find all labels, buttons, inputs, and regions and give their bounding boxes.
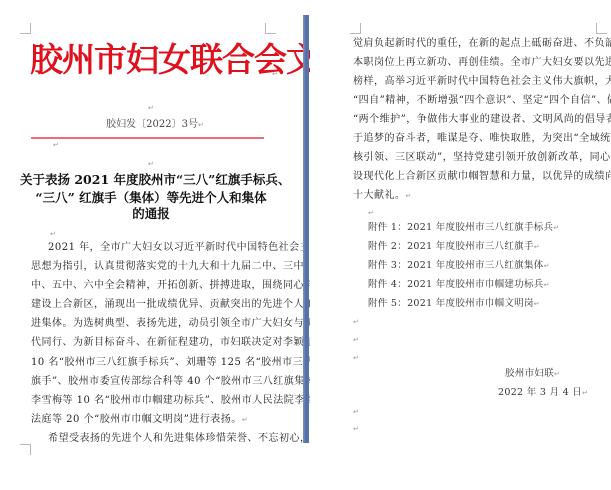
annex-item-1: 附件 1：2021 年度胶州市三八红旗手标兵↵ bbox=[368, 222, 560, 234]
document-title-line-2: “三八” 红旗手（集体）等先进个人和集体 bbox=[20, 190, 282, 206]
body-line: 思想为指引，认真贯彻落实党的十九大和十九届二中、三中、四 bbox=[31, 261, 325, 273]
body-line: “四自”精神，不断增强“四个意识”、坚定“四个自信”、做到 bbox=[353, 95, 611, 107]
page-corner-mark bbox=[20, 23, 31, 34]
annex-item-3: 附件 3：2021 年度胶州市三八红旗集体↵ bbox=[368, 260, 550, 272]
paragraph-mark: ↵ bbox=[582, 389, 588, 397]
paragraph-mark: ↵ bbox=[406, 192, 412, 200]
page-corner-mark bbox=[350, 23, 361, 34]
page-corner-mark bbox=[265, 23, 276, 34]
paragraph-mark: ↵ bbox=[353, 318, 359, 326]
paragraph-mark: ↵ bbox=[534, 300, 540, 308]
paragraph-mark: ↵ bbox=[272, 70, 278, 78]
paragraph-mark: ↵ bbox=[148, 104, 154, 112]
paragraph-mark: ↵ bbox=[353, 425, 359, 433]
document-number-text: 胶妇发〔2022〕3号 bbox=[106, 119, 198, 130]
body-line: 李雪梅等 10 名“胶州市巾帼建功标兵”、胶州市人民法院李哥庄 bbox=[31, 395, 326, 407]
paragraph-mark: ↵ bbox=[544, 281, 550, 289]
document-title-line-1: 关于表扬 2021 年度胶州市“三八”红旗手标兵、 bbox=[20, 172, 282, 188]
body-line: 核引领、三区联动”，坚持党建引领开放创新改革，同心同向建 bbox=[353, 152, 611, 164]
body-line: “两个维护”，争做伟大事业的建设者、文明风尚的倡导者、敢 bbox=[353, 114, 611, 126]
paragraph-mark: ↵ bbox=[50, 230, 56, 238]
body-line: 觉肩负起新时代的重任，在新的起点上砥砺奋进、不负韶华，在 bbox=[353, 38, 611, 50]
signature-organization: 胶州市妇联↵ bbox=[505, 368, 560, 380]
paragraph-mark: ↵ bbox=[242, 416, 248, 424]
document-number: 胶妇发〔2022〕3号↵ bbox=[20, 115, 290, 130]
body-line: 榜样，高举习近平新时代中国特色社会主义伟大旗帜，大力弘扬 bbox=[353, 76, 611, 88]
body-line: 2021 年，全市广大妇女以习近平新时代中国特色社会主义 bbox=[48, 242, 321, 254]
red-header-rule bbox=[31, 137, 264, 139]
body-line: 设现代化上合新区贡献巾帼智慧和力量，以优异的成绩向党的二 bbox=[353, 171, 611, 183]
paragraph-mark: ↵ bbox=[534, 243, 540, 251]
paragraph-mark: ↵ bbox=[353, 336, 359, 344]
body-line: 代同行、为新目标奋斗、在新征程建功，市妇联决定对李颖慧等 bbox=[31, 337, 325, 349]
paragraph-mark: ↵ bbox=[353, 354, 359, 362]
body-line: 进集体。为选树典型、表扬先进，动员引领全市广大妇女与新时 bbox=[31, 318, 325, 330]
document-page-right[interactable]: 觉肩负起新时代的重任，在新的起点上砥砺奋进、不负韶华，在 本职岗位上再立新功、再… bbox=[310, 0, 611, 490]
page-divider bbox=[303, 15, 309, 443]
page-corner-mark bbox=[596, 23, 607, 34]
body-line: 旗手”、胶州市委宣传部综合科等 40 个“胶州市三八红旗集体”、 bbox=[31, 376, 331, 388]
paragraph-mark: ↵ bbox=[554, 370, 560, 378]
paragraph-mark: ↵ bbox=[353, 408, 359, 416]
document-masthead: 胶州市妇女联合会文件 bbox=[30, 41, 274, 79]
body-line: 10 名“胶州市三八红旗手标兵”、刘珊等 125 名“胶州市三八红 bbox=[31, 357, 324, 369]
paragraph-mark: ↵ bbox=[198, 121, 204, 129]
paragraph-mark: ↵ bbox=[148, 160, 154, 168]
body-line: 希望受表扬的先进个人和先进集体珍惜荣誉、不忘初心，自 bbox=[48, 433, 321, 445]
paragraph-mark: ↵ bbox=[368, 209, 374, 217]
document-date: 2022 年 3 月 4 日↵ bbox=[498, 387, 588, 399]
body-line: 中、五中、六中全会精神，开拓创新、拼搏进取，围绕同心同向 bbox=[31, 280, 325, 292]
body-line: 建设上合新区，涌现出一批成绩优异、贡献突出的先进个人和先 bbox=[31, 299, 325, 311]
body-line: 法庭等 20 个“胶州市巾帼文明岗”进行表扬。↵ bbox=[31, 414, 248, 426]
paragraph-mark: ↵ bbox=[544, 262, 550, 270]
body-line: 十大献礼。↵ bbox=[353, 190, 412, 202]
body-line: 本职岗位上再立新功、再创佳绩。全市广大妇女要以先进典型为 bbox=[353, 57, 611, 69]
body-line: 于追梦的奋斗者，唯谋是夺、唯快取胜，为突出“全域统筹、一 bbox=[353, 133, 611, 145]
document-title-line-3: 的通报 bbox=[20, 206, 282, 222]
annex-item-2: 附件 2：2021 年度胶州市三八红旗手↵ bbox=[368, 241, 540, 253]
annex-item-5: 附件 5：2021 年度胶州市巾帼文明岗↵ bbox=[368, 298, 540, 310]
document-page-left[interactable]: 胶州市妇女联合会文件 ↵ ↵ 胶妇发〔2022〕3号↵ ↵ ↵ 关于表扬 202… bbox=[0, 0, 302, 490]
paragraph-mark: ↵ bbox=[553, 224, 559, 232]
page-corner-mark bbox=[20, 444, 31, 455]
paragraph-mark: ↵ bbox=[53, 141, 59, 149]
annex-item-4: 附件 4：2021 年度胶州市巾帼建功标兵↵ bbox=[368, 279, 550, 291]
